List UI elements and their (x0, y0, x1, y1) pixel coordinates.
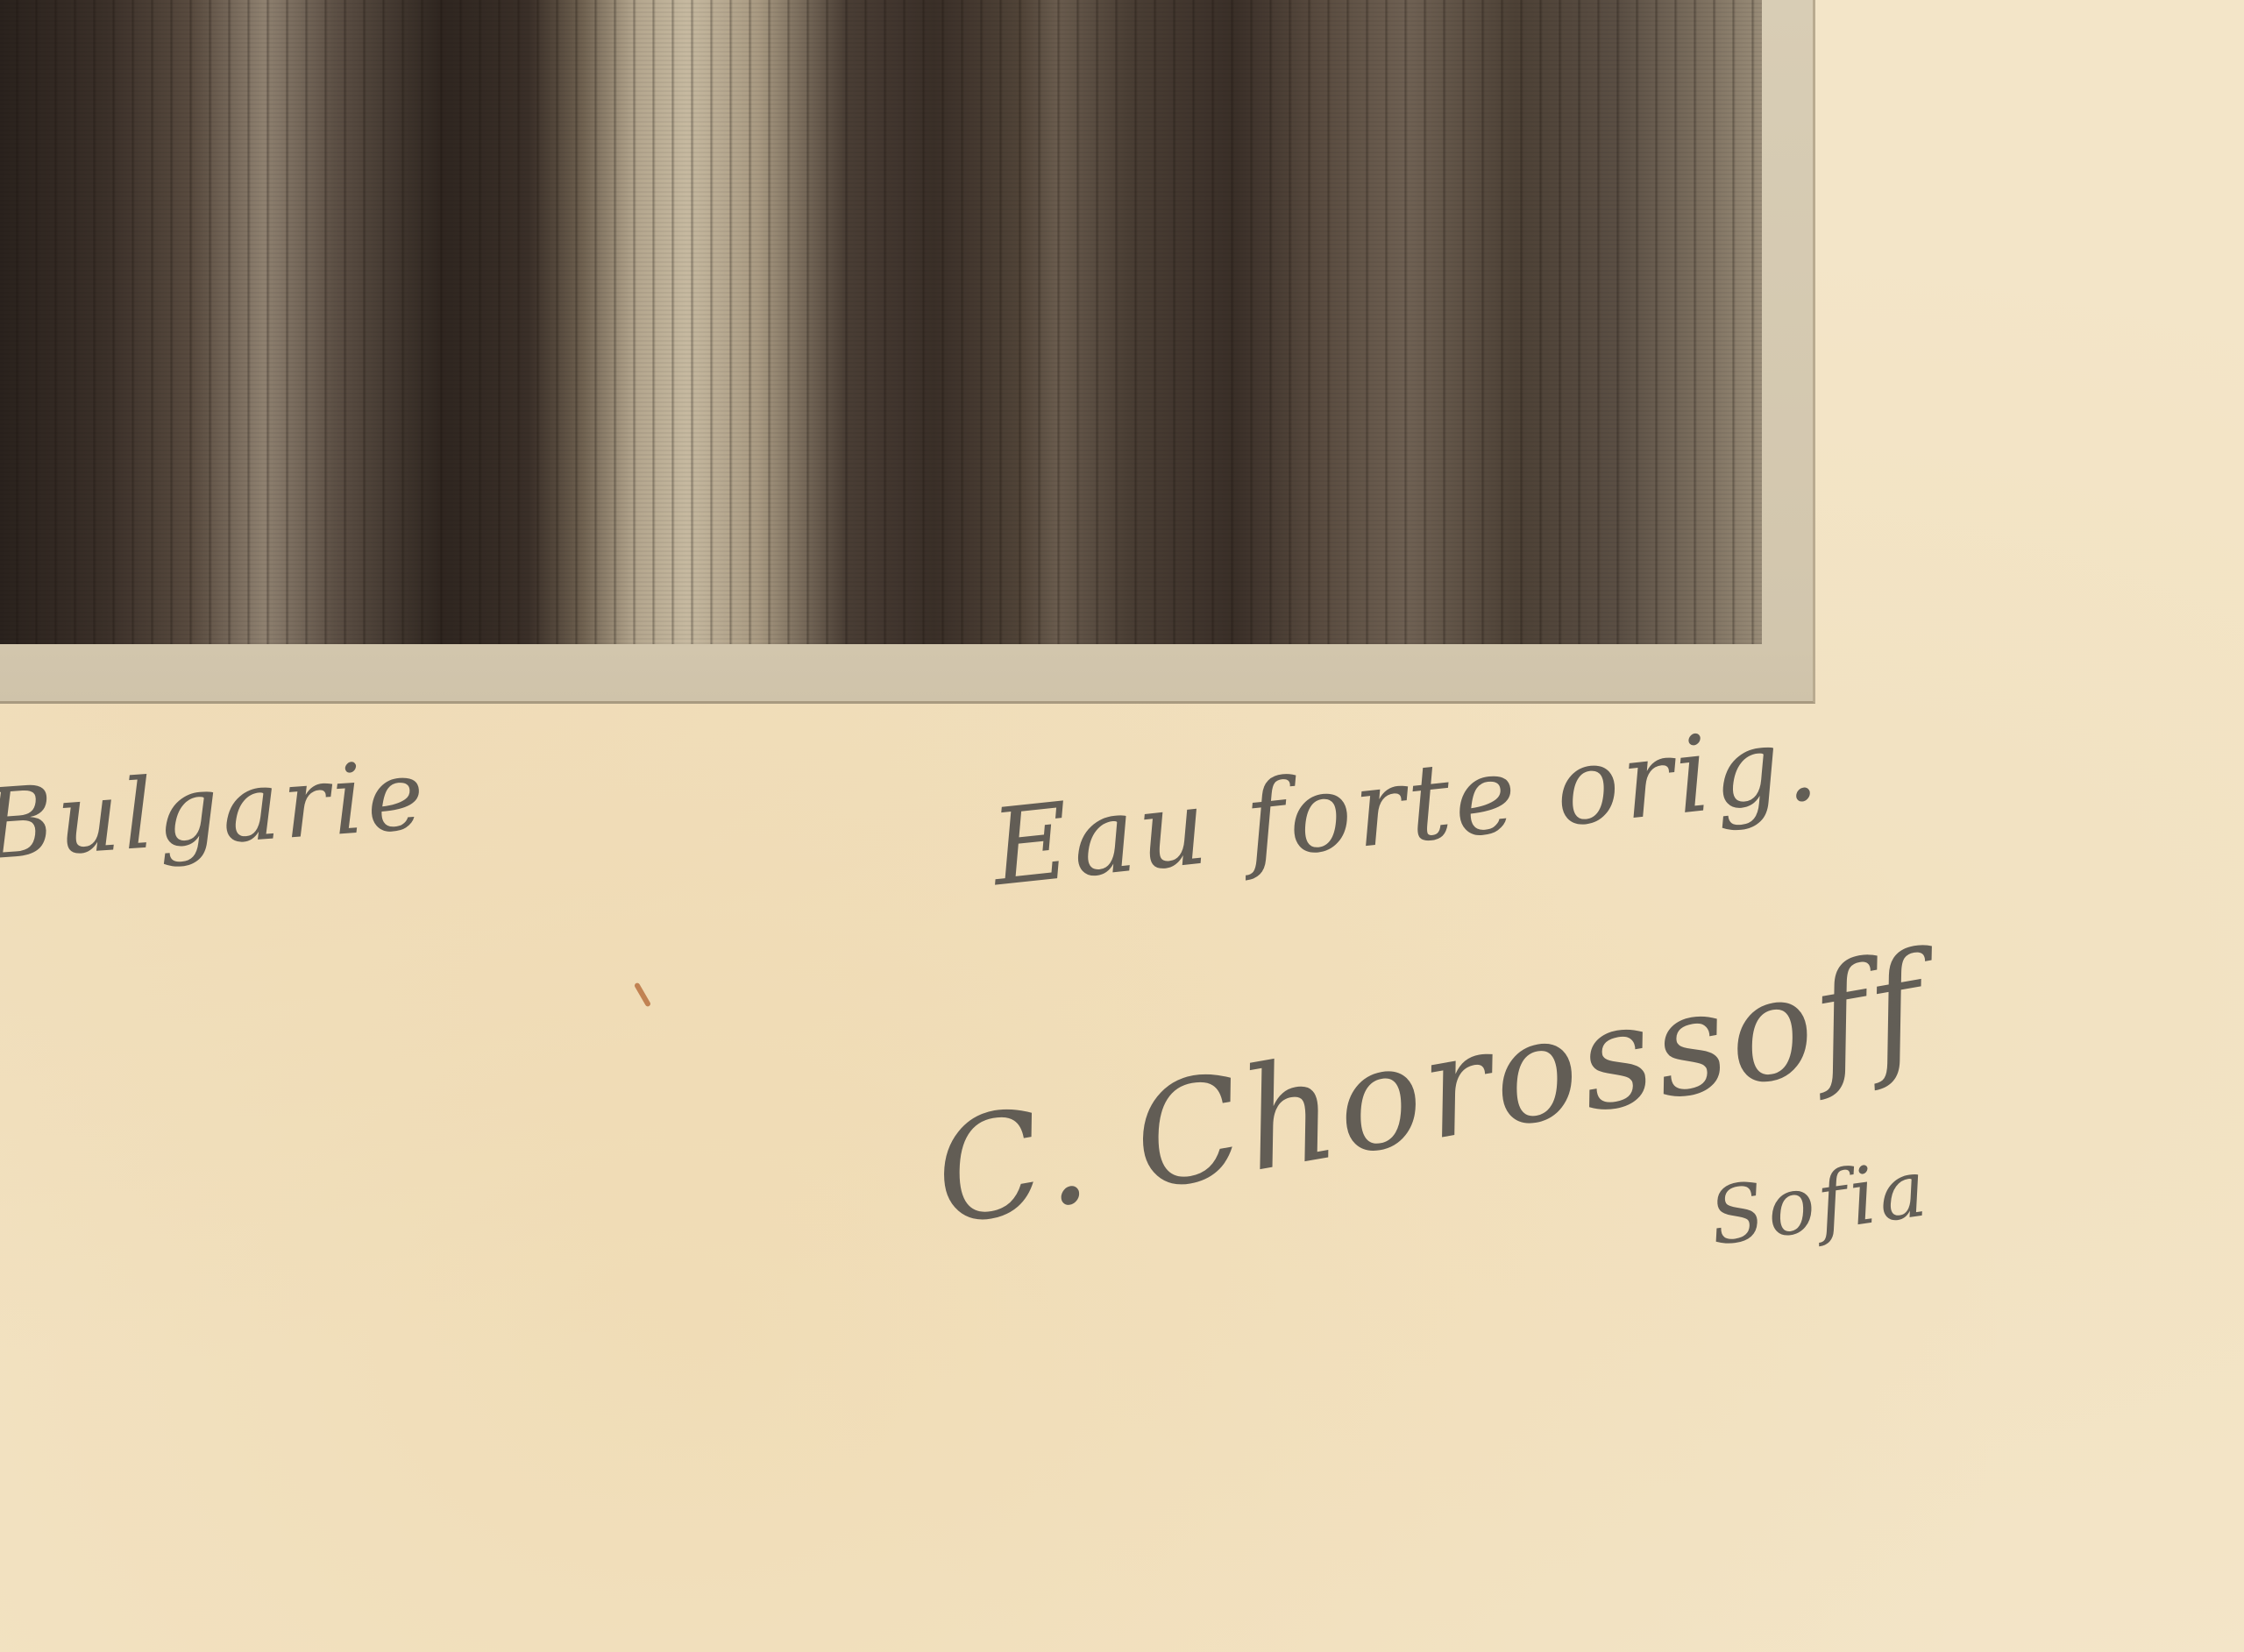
etched-plate-image (0, 0, 1762, 644)
